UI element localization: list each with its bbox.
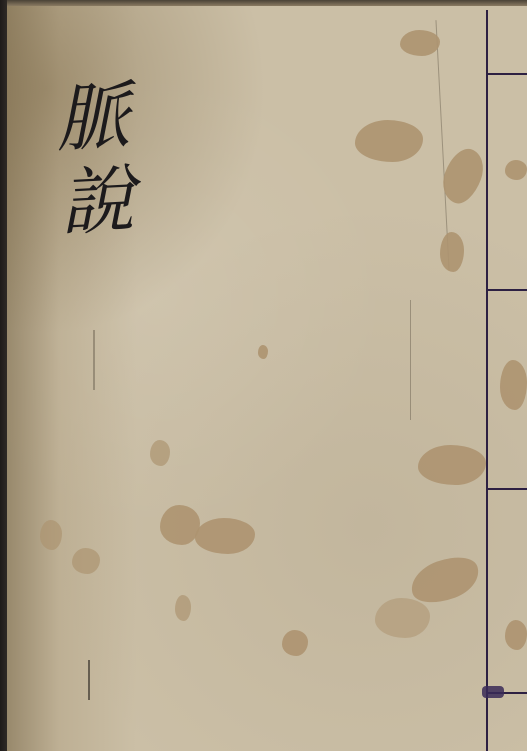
- stain: [375, 598, 430, 638]
- crease: [88, 660, 90, 700]
- stain: [40, 520, 62, 550]
- binding-stitch: [486, 73, 527, 75]
- stain: [400, 30, 440, 56]
- binding-stitch: [486, 488, 527, 490]
- crease: [410, 300, 411, 420]
- stain: [440, 232, 464, 272]
- book-cover: 脈說: [0, 0, 527, 751]
- stain: [72, 548, 100, 574]
- stain: [150, 440, 170, 466]
- stain: [418, 445, 486, 485]
- stain: [505, 160, 527, 180]
- thread-knot: [482, 686, 504, 698]
- stain: [500, 360, 527, 410]
- left-edge: [0, 0, 7, 751]
- top-edge: [0, 0, 527, 6]
- stain: [355, 120, 423, 162]
- stain: [175, 595, 191, 621]
- stain: [258, 345, 268, 359]
- crease: [93, 330, 95, 390]
- binding-stitch: [486, 289, 527, 291]
- stain: [160, 505, 200, 545]
- binding-thread-vertical: [486, 10, 488, 751]
- stain: [282, 630, 308, 656]
- stain: [195, 518, 255, 554]
- cover-title: 脈說: [48, 76, 131, 248]
- stain: [505, 620, 527, 650]
